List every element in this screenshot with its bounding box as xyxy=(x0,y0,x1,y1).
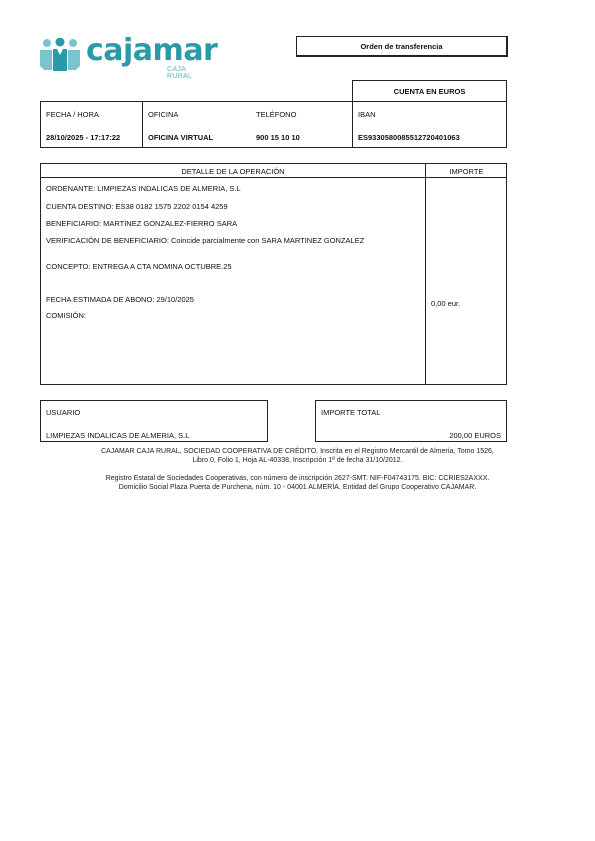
brand-name: cajamar xyxy=(86,34,217,68)
cajamar-logo: cajamar CAJA RURAL xyxy=(38,33,208,78)
people-group-icon xyxy=(38,38,82,72)
beneficiario: BENEFICIARIO: MARTINEZ GONZALEZ-FIERRO S… xyxy=(46,219,418,228)
oficina-cell: OFICINA OFICINA VIRTUAL xyxy=(148,102,248,147)
comision: COMISIÓN: xyxy=(46,311,418,320)
currency-header: CUENTA EN EUROS xyxy=(352,80,507,101)
telefono-label: TELÉFONO xyxy=(256,110,296,119)
iban-cell: IBAN ES9330580085512720401063 xyxy=(358,102,508,147)
telefono-value: 900 15 10 10 xyxy=(256,133,300,142)
header-operation: DETALLE DE LA OPERACIÓN xyxy=(41,167,425,176)
oficina-label: OFICINA xyxy=(148,110,178,119)
concepto: CONCEPTO: ENTREGA A CTA NOMINA OCTUBRE.2… xyxy=(46,262,418,271)
divider xyxy=(352,102,353,147)
ordenante: ORDENANTE: LIMPIEZAS INDALICAS DE ALMERI… xyxy=(46,184,418,193)
usuario-box: USUARIO LIMPIEZAS INDALICAS DE ALMERIA, … xyxy=(40,400,268,442)
cuenta-destino: CUENTA DESTINO: ES38 0182 1575 2202 0154… xyxy=(46,202,418,211)
usuario-value: LIMPIEZAS INDALICAS DE ALMERIA, S.L xyxy=(46,431,189,440)
total-value: 200,00 EUROS xyxy=(449,431,501,440)
total-label: IMPORTE TOTAL xyxy=(321,408,380,417)
document-title: Orden de transferencia xyxy=(296,36,508,57)
footer-line-3: Registro Estatal de Sociedades Cooperati… xyxy=(30,474,565,483)
info-grid: FECHA / HORA 28/10/2025 - 17:17:22 OFICI… xyxy=(40,101,507,148)
fecha-abono: FECHA ESTIMADA DE ABONO: 29/10/2025 xyxy=(46,295,418,304)
footer-line-4: Domicilio Social Plaza Puerta de Purchen… xyxy=(30,483,565,492)
iban-label: IBAN xyxy=(358,110,376,119)
importe-total-box: IMPORTE TOTAL 200,00 EUROS xyxy=(315,400,507,442)
detail-header: DETALLE DE LA OPERACIÓN IMPORTE xyxy=(41,164,506,178)
operation-detail-table: DETALLE DE LA OPERACIÓN IMPORTE ORDENANT… xyxy=(40,163,507,385)
telefono-cell: TELÉFONO 900 15 10 10 xyxy=(256,102,346,147)
fecha-value: 28/10/2025 - 17:17:22 xyxy=(46,133,120,142)
oficina-value: OFICINA VIRTUAL xyxy=(148,133,213,142)
column-divider xyxy=(425,164,426,384)
verificacion-beneficiario: VERIFICACIÓN DE BENEFICIARIO: Coincide p… xyxy=(46,236,418,245)
comision-amount: 0,00 eur. xyxy=(431,299,460,308)
legal-footer-2: Registro Estatal de Sociedades Cooperati… xyxy=(30,474,565,492)
divider xyxy=(142,102,143,147)
footer-line-2: Libro 0, Folio 1, Hoja AL-40338, Inscrip… xyxy=(30,456,565,465)
fecha-label: FECHA / HORA xyxy=(46,110,99,119)
footer-line-1: CAJAMAR CAJA RURAL, SOCIEDAD COOPERATIVA… xyxy=(30,447,565,456)
brand-subtitle: CAJA RURAL xyxy=(167,66,208,80)
usuario-label: USUARIO xyxy=(46,408,80,417)
header-amount: IMPORTE xyxy=(425,167,508,176)
fecha-cell: FECHA / HORA 28/10/2025 - 17:17:22 xyxy=(46,102,146,147)
legal-footer-1: CAJAMAR CAJA RURAL, SOCIEDAD COOPERATIVA… xyxy=(30,447,565,465)
iban-value: ES9330580085512720401063 xyxy=(358,133,460,142)
